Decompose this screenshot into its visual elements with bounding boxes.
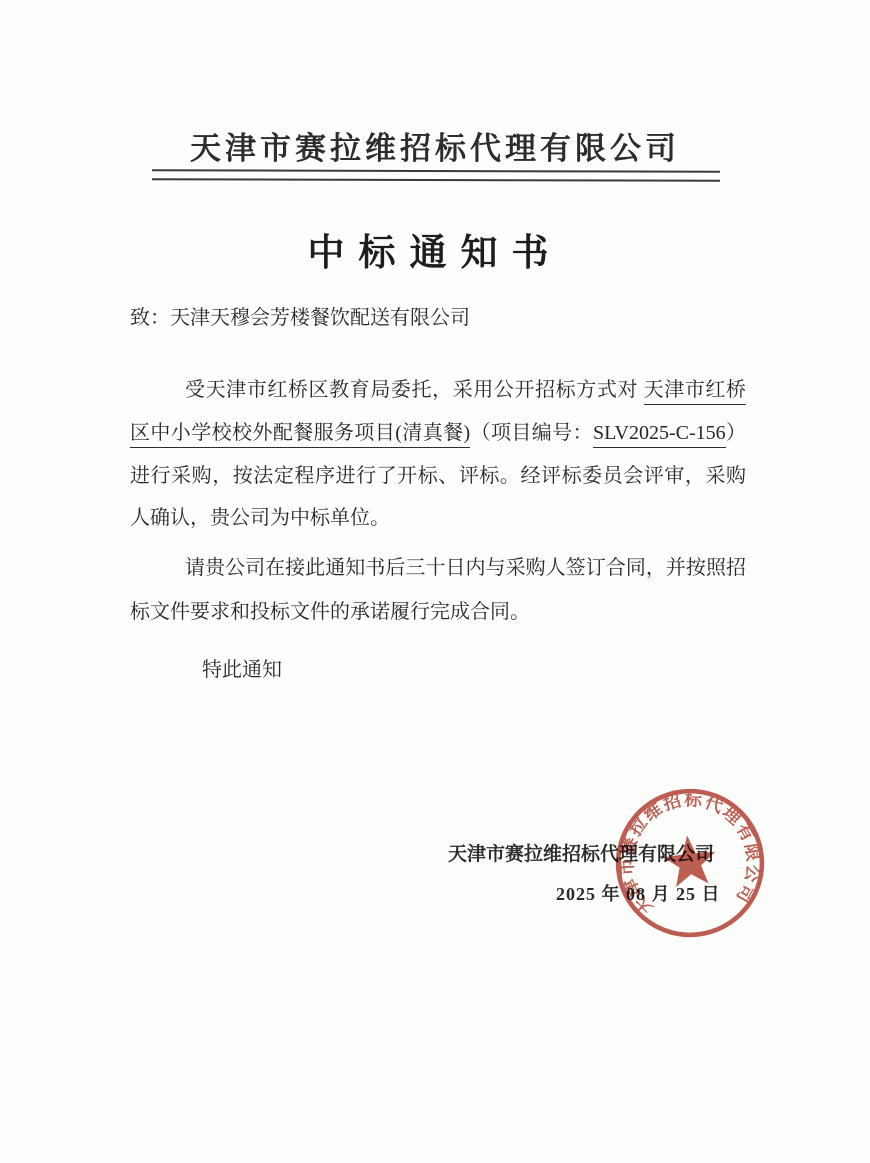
underlined-project-name: 区中小学校校外配餐服务项目(清真餐)	[130, 422, 470, 448]
paragraph2-line2: 标文件要求和投标文件的承诺履行完成合同。	[130, 597, 746, 627]
seal-star-icon	[661, 833, 719, 888]
scanned-document-page: 天津市赛拉维招标代理有限公司 中标通知书 致：天津天穆会芳楼餐饮配送有限公司 受…	[0, 0, 870, 1163]
underlined-project-number: SLV2025-C-156	[593, 422, 726, 448]
paragraph1-line3: 进行采购，按法定程序进行了开标、评标。经评标委员会评审，采购	[130, 461, 746, 491]
seal-graphic: 天津市赛拉维招标代理有限公司	[605, 778, 774, 947]
paragraph1-line2: 区中小学校校外配餐服务项目(清真餐)（项目编号：SLV2025-C-156）	[130, 418, 746, 448]
closing-phrase: 特此通知	[202, 655, 502, 685]
paragraph2-line1: 请贵公司在接此通知书后三十日内与采购人签订合同，并按照招	[130, 553, 746, 583]
project-number-label: （项目编号：	[470, 422, 593, 444]
paragraph1-line1: 受天津市红桥区教育局委托，采用公开招标方式对 天津市红桥	[130, 375, 746, 405]
company-seal-stamp: 天津市赛拉维招标代理有限公司	[605, 778, 774, 947]
document-title: 中标通知书	[0, 222, 870, 276]
letterhead-company-name: 天津市赛拉维招标代理有限公司	[0, 123, 870, 168]
paragraph1-line4: 人确认，贵公司为中标单位。	[130, 503, 746, 533]
letterhead-double-rule	[152, 169, 720, 181]
recipient-line: 致：天津天穆会芳楼餐饮配送有限公司	[130, 303, 746, 333]
underlined-buyer-name-part1: 天津市红桥	[644, 379, 746, 405]
project-number-close-paren: ）	[726, 422, 746, 444]
paragraph1-line1-text: 受天津市红桥区教育局委托，采用公开招标方式对	[185, 379, 644, 401]
